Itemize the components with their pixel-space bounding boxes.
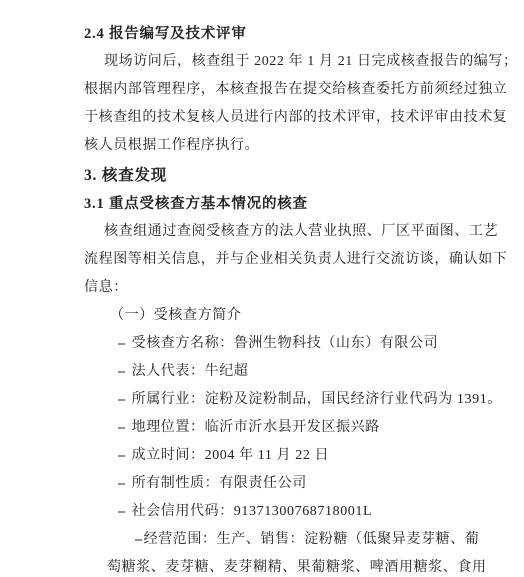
- list-item: –所有制性质：有限责任公司: [84, 470, 508, 498]
- document-page: 2.4 报告编写及技术评审 现场访问后，核查组于 2022 年 1 月 21 日…: [0, 0, 524, 577]
- paragraph-line: 核查组通过查阅受核查方的法人营业执照、厂区平面图、工艺: [84, 218, 508, 246]
- paragraph-line: 核人员根据工作程序执行。: [84, 132, 508, 160]
- bullet-dash-icon: –: [118, 476, 126, 491]
- paragraph-line: 流程图等相关信息，并与企业相关负责人进行交流访谈，确认如下: [84, 246, 508, 274]
- list-item-text: 受核查方名称：鲁洲生物科技（山东）有限公司: [132, 336, 439, 351]
- bullet-dash-icon: –: [118, 364, 126, 379]
- section-heading-3-1: 3.1 重点受核查方基本情况的核查: [84, 190, 508, 218]
- list-item-continuation: 萄糖浆、麦芽糖、麦芽糊精、果葡糖浆、啤酒用糖浆、食用: [84, 554, 508, 577]
- paragraph-line: 信息：: [84, 274, 508, 302]
- section-heading-2-4: 2.4 报告编写及技术评审: [84, 20, 508, 48]
- list-item-text: 成立时间：2004 年 11 月 22 日: [132, 448, 330, 463]
- bullet-dash-icon: –: [118, 392, 126, 407]
- list-item: –地理位置：临沂市沂水县开发区振兴路: [84, 414, 508, 442]
- bullet-dash-icon: –: [118, 420, 126, 435]
- list-item-text: 社会信用代码：91371300768718001L: [132, 504, 373, 519]
- list-title: （一）受核查方简介: [84, 302, 508, 330]
- list-item: –社会信用代码：91371300768718001L: [84, 498, 508, 526]
- list-item-text: 所属行业：淀粉及淀粉制品，国民经济行业代码为 1391。: [132, 392, 502, 407]
- list-item: –经营范围：生产、销售：淀粉糖（低聚异麦芽糖、葡: [84, 526, 508, 554]
- list-item: –受核查方名称：鲁洲生物科技（山东）有限公司: [84, 330, 508, 358]
- paragraph-line: 于核查组的技术复核人员进行内部的技术评审，技术评审由技术复: [84, 104, 508, 132]
- list-item-text: 所有制性质：有限责任公司: [132, 476, 307, 491]
- list-item: –法人代表：牛纪超: [84, 358, 508, 386]
- bullet-dash-icon: –: [118, 504, 126, 519]
- section-heading-3: 3. 核查发现: [84, 162, 508, 190]
- paragraph-line: 根据内部管理程序，本核查报告在提交给核查委托方前须经过独立: [84, 76, 508, 104]
- paragraph-line: 现场访问后，核查组于 2022 年 1 月 21 日完成核查报告的编写；: [84, 48, 508, 76]
- bullet-dash-icon: –: [118, 448, 126, 463]
- list-item-text: 法人代表：牛纪超: [132, 364, 249, 379]
- list-item-text: 经营范围：生产、销售：淀粉糖（低聚异麦芽糖、葡: [144, 532, 480, 547]
- list-item: –成立时间：2004 年 11 月 22 日: [84, 442, 508, 470]
- list-item-text: 地理位置：临沂市沂水县开发区振兴路: [132, 420, 380, 435]
- list-item: –所属行业：淀粉及淀粉制品，国民经济行业代码为 1391。: [84, 386, 508, 414]
- bullet-dash-icon: –: [118, 336, 126, 351]
- bullet-dash-icon: –: [135, 532, 143, 547]
